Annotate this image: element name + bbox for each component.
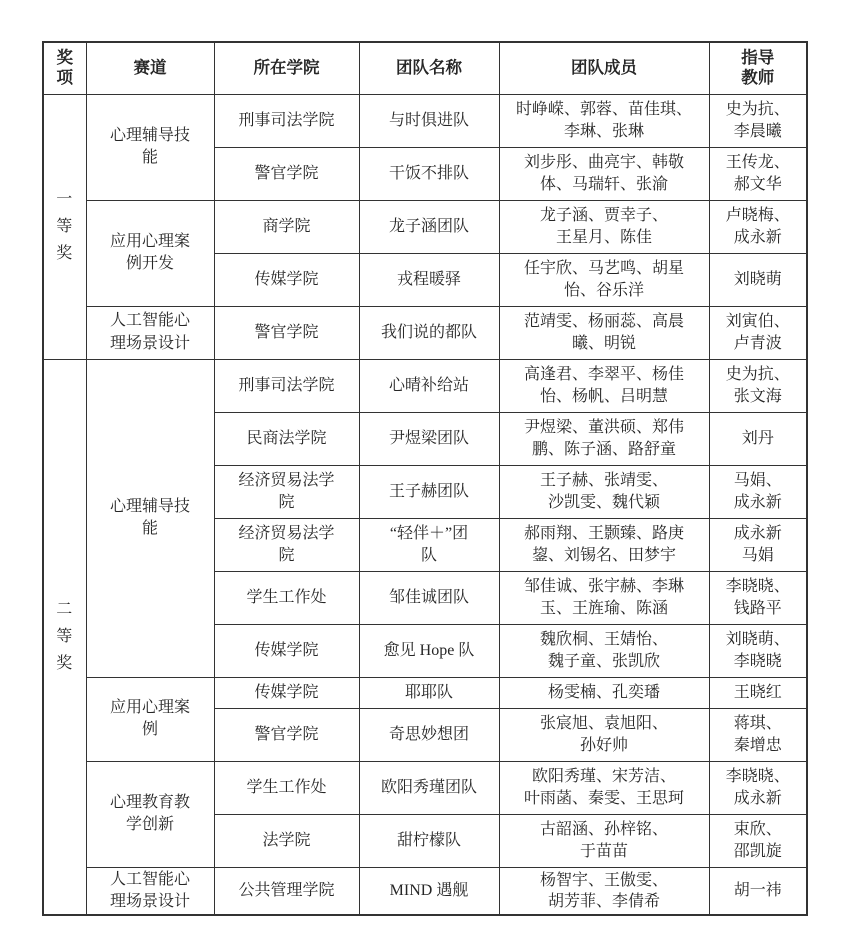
award-cell-second-prize: 二 等 奖 xyxy=(43,359,86,915)
header-award: 奖 项 xyxy=(43,42,86,94)
members-cell: 张宸旭、袁旭阳、 孙好帅 xyxy=(499,708,709,761)
header-members: 团队成员 xyxy=(499,42,709,94)
members-cell: 任宇欣、马艺鸣、胡星 怡、谷乐洋 xyxy=(499,253,709,306)
instructors-cell: 王传龙、 郝文华 xyxy=(709,147,807,200)
instructors-cell: 蒋琪、 秦增忠 xyxy=(709,708,807,761)
members-cell: 魏欣桐、王婧怡、 魏子童、张凯欣 xyxy=(499,624,709,677)
college-cell: 经济贸易法学 院 xyxy=(214,465,359,518)
team-name-cell: 心晴补给站 xyxy=(359,359,499,412)
team-name-cell: 我们说的都队 xyxy=(359,306,499,359)
instructors-cell: 成永新 马娟 xyxy=(709,518,807,571)
team-name-cell: 龙子涵团队 xyxy=(359,200,499,253)
instructors-cell: 刘晓萌、 李晓晓 xyxy=(709,624,807,677)
document-page: 奖 项 赛道 所在学院 团队名称 团队成员 指导 教师 一 等 奖 心理辅导技 … xyxy=(0,0,844,935)
team-name-cell: 愈见 Hope 队 xyxy=(359,624,499,677)
college-cell: 法学院 xyxy=(214,814,359,867)
members-cell: 古韶涵、孙梓铭、 于苗苗 xyxy=(499,814,709,867)
college-cell: 刑事司法学院 xyxy=(214,359,359,412)
instructors-cell: 李晓晓、 成永新 xyxy=(709,761,807,814)
team-name-cell: 甜柠檬队 xyxy=(359,814,499,867)
college-cell: 商学院 xyxy=(214,200,359,253)
track-cell: 应用心理案 例开发 xyxy=(86,200,214,306)
college-cell: 刑事司法学院 xyxy=(214,94,359,147)
team-name-cell: MIND 遇舰 xyxy=(359,867,499,915)
team-name-cell: 奇思妙想团 xyxy=(359,708,499,761)
members-cell: 杨雯楠、孔奕璠 xyxy=(499,677,709,708)
college-cell: 传媒学院 xyxy=(214,624,359,677)
team-name-cell: 尹煜梁团队 xyxy=(359,412,499,465)
instructors-cell: 刘丹 xyxy=(709,412,807,465)
members-cell: 邹佳诚、张宇赫、李琳 玉、王旌瑜、陈涵 xyxy=(499,571,709,624)
track-cell: 人工智能心 理场景设计 xyxy=(86,867,214,915)
instructors-cell: 束欣、 邵凯旋 xyxy=(709,814,807,867)
college-cell: 学生工作处 xyxy=(214,761,359,814)
header-row: 奖 项 赛道 所在学院 团队名称 团队成员 指导 教师 xyxy=(43,42,807,94)
table-row: 人工智能心 理场景设计 公共管理学院 MIND 遇舰 杨智宇、王傲雯、 胡芳菲、… xyxy=(43,867,807,915)
members-cell: 郝雨翔、王颢臻、路庚 鋆、刘锡名、田梦宇 xyxy=(499,518,709,571)
members-cell: 高逢君、李翠平、杨佳 怡、杨帆、吕明慧 xyxy=(499,359,709,412)
track-cell: 心理辅导技 能 xyxy=(86,94,214,200)
college-cell: 警官学院 xyxy=(214,708,359,761)
table-row: 心理教育教 学创新 学生工作处 欧阳秀瑾团队 欧阳秀瑾、宋芳洁、 叶雨菡、秦雯、… xyxy=(43,761,807,814)
college-cell: 经济贸易法学 院 xyxy=(214,518,359,571)
team-name-cell: 王子赫团队 xyxy=(359,465,499,518)
table-row: 应用心理案 例 传媒学院 耶耶队 杨雯楠、孔奕璠 王晓红 xyxy=(43,677,807,708)
members-cell: 王子赫、张靖雯、 沙凯雯、魏代颖 xyxy=(499,465,709,518)
instructors-cell: 马娟、 成永新 xyxy=(709,465,807,518)
track-cell: 人工智能心 理场景设计 xyxy=(86,306,214,359)
college-cell: 传媒学院 xyxy=(214,677,359,708)
instructors-cell: 王晓红 xyxy=(709,677,807,708)
table-row: 人工智能心 理场景设计 警官学院 我们说的都队 范靖雯、杨丽蕊、高晨 曦、明锐 … xyxy=(43,306,807,359)
awards-table: 奖 项 赛道 所在学院 团队名称 团队成员 指导 教师 一 等 奖 心理辅导技 … xyxy=(42,41,808,916)
table-row: 应用心理案 例开发 商学院 龙子涵团队 龙子涵、贾幸子、 王星月、陈佳 卢晓梅、… xyxy=(43,200,807,253)
team-name-cell: 欧阳秀瑾团队 xyxy=(359,761,499,814)
header-track: 赛道 xyxy=(86,42,214,94)
track-cell: 心理教育教 学创新 xyxy=(86,761,214,867)
college-cell: 民商法学院 xyxy=(214,412,359,465)
instructors-cell: 刘晓萌 xyxy=(709,253,807,306)
header-team-name: 团队名称 xyxy=(359,42,499,94)
team-name-cell: 干饭不排队 xyxy=(359,147,499,200)
team-name-cell: 耶耶队 xyxy=(359,677,499,708)
award-cell-first-prize: 一 等 奖 xyxy=(43,94,86,359)
team-name-cell: 戎程暖驿 xyxy=(359,253,499,306)
instructors-cell: 史为抗、 张文海 xyxy=(709,359,807,412)
track-cell: 心理辅导技 能 xyxy=(86,359,214,677)
members-cell: 范靖雯、杨丽蕊、高晨 曦、明锐 xyxy=(499,306,709,359)
header-instructors: 指导 教师 xyxy=(709,42,807,94)
members-cell: 尹煜梁、董洪硕、郑伟 鹏、陈子涵、路舒童 xyxy=(499,412,709,465)
members-cell: 龙子涵、贾幸子、 王星月、陈佳 xyxy=(499,200,709,253)
members-cell: 刘步彤、曲亮宇、韩敬 体、马瑞轩、张渝 xyxy=(499,147,709,200)
team-name-cell: 邹佳诚团队 xyxy=(359,571,499,624)
team-name-cell: “轻伴＋”团 队 xyxy=(359,518,499,571)
members-cell: 时峥嵘、郭蓉、苗佳琪、 李琳、张琳 xyxy=(499,94,709,147)
college-cell: 公共管理学院 xyxy=(214,867,359,915)
college-cell: 学生工作处 xyxy=(214,571,359,624)
college-cell: 传媒学院 xyxy=(214,253,359,306)
track-cell: 应用心理案 例 xyxy=(86,677,214,761)
college-cell: 警官学院 xyxy=(214,306,359,359)
instructors-cell: 卢晓梅、 成永新 xyxy=(709,200,807,253)
header-college: 所在学院 xyxy=(214,42,359,94)
instructors-cell: 胡一祎 xyxy=(709,867,807,915)
members-cell: 杨智宇、王傲雯、 胡芳菲、李倩希 xyxy=(499,867,709,915)
members-cell: 欧阳秀瑾、宋芳洁、 叶雨菡、秦雯、王思珂 xyxy=(499,761,709,814)
instructors-cell: 史为抗、 李晨曦 xyxy=(709,94,807,147)
instructors-cell: 李晓晓、 钱路平 xyxy=(709,571,807,624)
table-row: 一 等 奖 心理辅导技 能 刑事司法学院 与时俱进队 时峥嵘、郭蓉、苗佳琪、 李… xyxy=(43,94,807,147)
table-row: 二 等 奖 心理辅导技 能 刑事司法学院 心晴补给站 高逢君、李翠平、杨佳 怡、… xyxy=(43,359,807,412)
college-cell: 警官学院 xyxy=(214,147,359,200)
team-name-cell: 与时俱进队 xyxy=(359,94,499,147)
instructors-cell: 刘寅伯、 卢青波 xyxy=(709,306,807,359)
